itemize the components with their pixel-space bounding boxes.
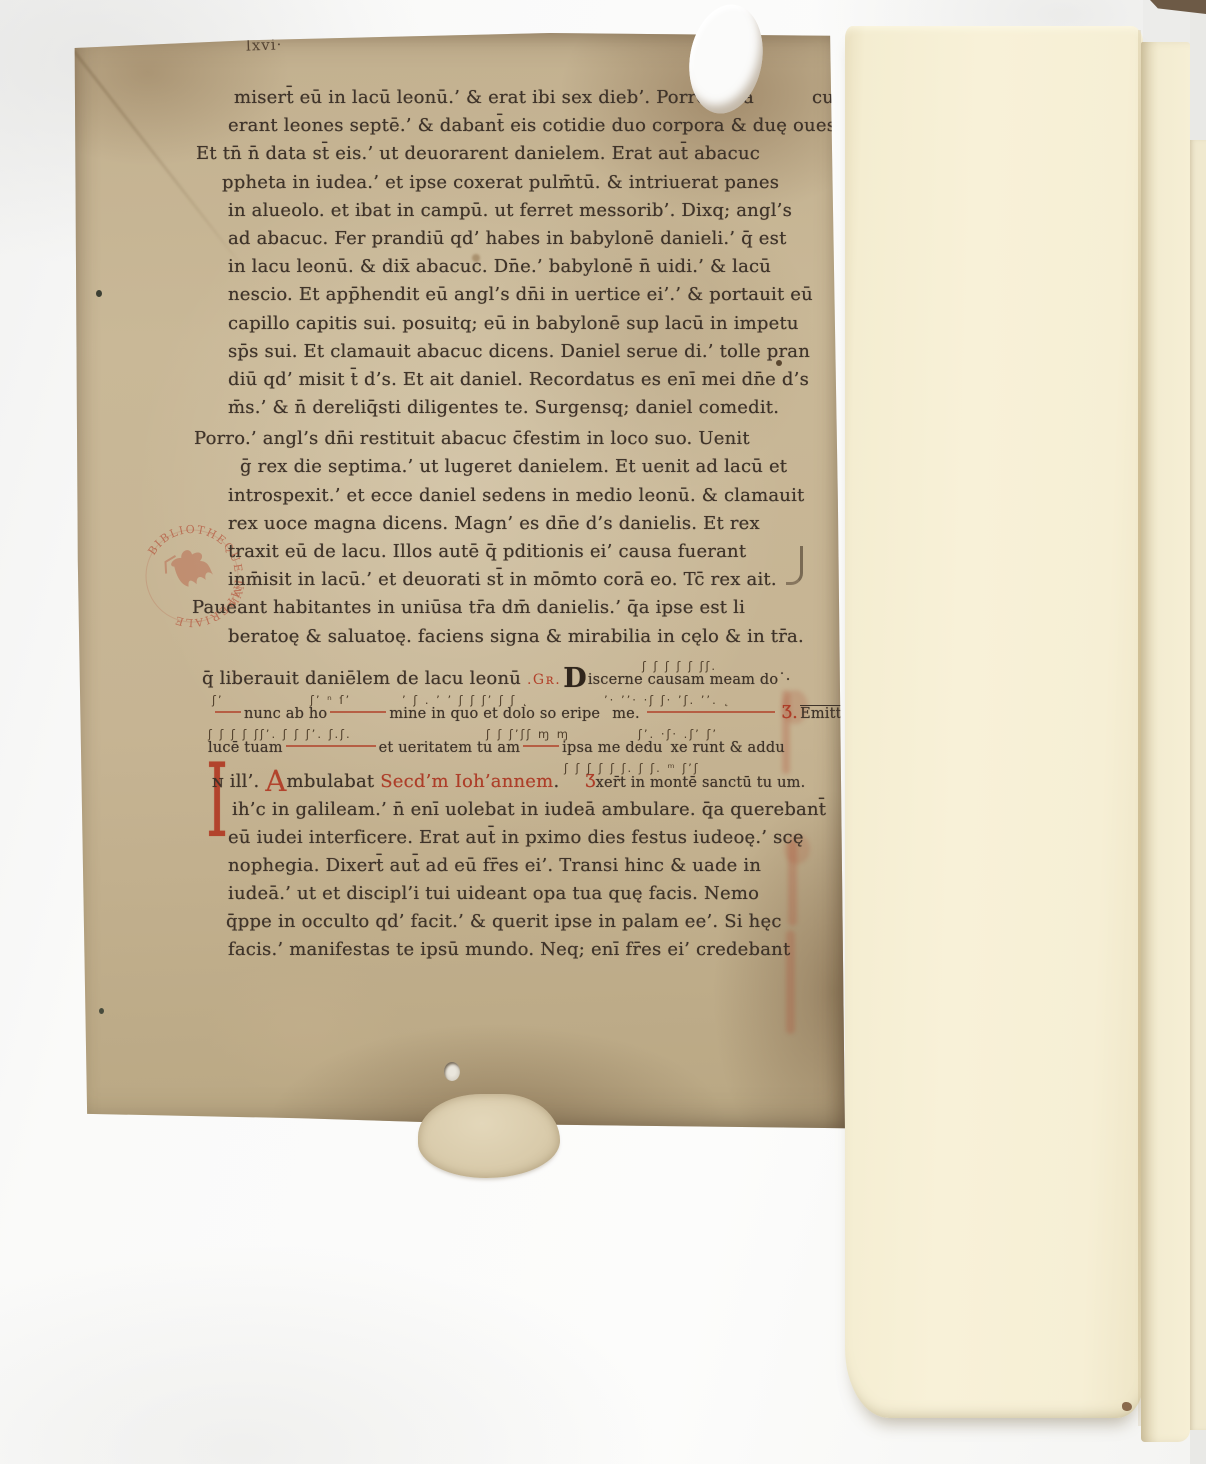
manuscript-line: Et tn̄ n̄ data st̄ eis.’ ut deuorarent d… <box>196 140 842 168</box>
text-segment: in lacu leonū. & dix̄ abacuc. Dn̄e.’ bab… <box>228 256 771 277</box>
text-segment: erant leones septē.’ & dabant̄ eis cotid… <box>228 115 842 136</box>
text-segment: eū iudei interficere. Erat aut̄ in pximo… <box>228 827 804 848</box>
manuscript-line: traxit eū de lacu. Illos autē q̄ pdition… <box>228 538 842 566</box>
text-segment: rex uoce magna dicens. Magn’ es dn̄e d’s… <box>228 513 760 534</box>
text-segment: in alueolo. et ibat in campū. ut ferret … <box>228 200 792 221</box>
text-segment: facis.’ manifestas te ipsū mundo. Neq; e… <box>228 939 790 960</box>
text-segment: ppheta in iudea.’ et ipse coxerat pulm̄t… <box>222 172 779 193</box>
text-segment: .Gʀ. <box>527 672 561 688</box>
paper-speck <box>1122 1402 1132 1411</box>
text-segment: nophegia. Dixert̄ aut̄ ad eū fr̄es ei’. … <box>228 855 761 876</box>
parchment-repair-patch <box>418 1094 560 1178</box>
manuscript-line: ḡ rex die septima.’ ut lugeret danielem.… <box>240 453 842 481</box>
text-segment: iudeā.’ ut et discipl’i tui uideant opa … <box>228 883 759 904</box>
manuscript-line: in lacu leonū. & dix̄ abacuc. Dn̄e.’ bab… <box>228 253 842 281</box>
manuscript-text-block: misert̄ eū in lacū leonū.’ & erat ibi se… <box>230 84 842 965</box>
manuscript-line: capillo capitis sui. posuitq; eū in baby… <box>228 310 842 338</box>
manuscript-line: sp̄s sui. Et clamauit abacuc dicens. Dan… <box>228 338 842 366</box>
neume-notation: ʃ’ <box>212 686 224 714</box>
neume-notation: ʃ ʃ ʃ ʃ ʃʃ’. ʃ ʃ ʃ’. ʃ.ʃ. <box>208 720 352 748</box>
parchment-small-hole <box>444 1062 460 1081</box>
manuscript-line: beratoę & saluatoę. faciens signa & mira… <box>228 623 842 651</box>
manuscript-line: iudeā.’ ut et discipl’i tui uideant opa … <box>228 880 842 908</box>
manuscript-line: Paueant habitantes in uniūsa tr̄a dm̄ da… <box>192 594 842 622</box>
manuscript-line: m̄s.’ & n̄ dereliq̄sti diligentes te. Su… <box>228 394 842 422</box>
text-segment: m̄s.’ & n̄ dereliq̄sti diligentes te. Su… <box>228 397 779 418</box>
photograph-of-open-book: lxvi· BIBLIOTHEQUE IMPERIALE MAN. I mise… <box>0 0 1206 1464</box>
stamp-eagle-icon <box>165 543 219 594</box>
text-segment: Porro.’ angl’s dn̄i restituit abacuc c̄f… <box>194 428 750 449</box>
page-fold-gutter <box>1138 30 1141 1426</box>
manuscript-line: eū iudei interficere. Erat aut̄ in pximo… <box>228 824 842 852</box>
text-segment: q̄ppe in occulto qd’ facit.’ & querit ip… <box>226 911 782 932</box>
text-segment: D <box>563 663 587 694</box>
text-segment: beratoę & saluatoę. faciens signa & mira… <box>228 626 804 647</box>
fore-edge-paper <box>1190 140 1206 1430</box>
text-segment: ih’c in galileam.’ n̄ enī uolebat in iud… <box>232 799 826 820</box>
text-segment: ḡ rex die septima.’ ut lugeret danielem.… <box>240 456 787 477</box>
text-segment: Et tn̄ n̄ data st̄ eis.’ ut deuorarent d… <box>196 143 760 164</box>
parchment-speck <box>99 1008 104 1014</box>
text-segment: traxit eū de lacu. Illos autē q̄ pdition… <box>228 541 746 562</box>
text-segment: introspexit.’ et ecce daniel sedens in m… <box>228 485 805 506</box>
text-segment: sp̄s sui. Et clamauit abacuc dicens. Dan… <box>228 341 810 362</box>
parchment-speck <box>96 290 102 297</box>
text-segment: mbulabat <box>287 771 381 792</box>
neume-notation: ʃ’ ⁿ ſ’ <box>310 686 351 714</box>
manuscript-line: nophegia. Dixert̄ aut̄ ad eū fr̄es ei’. … <box>228 852 842 880</box>
manuscript-line: ppheta in iudea.’ et ipse coxerat pulm̄t… <box>222 169 842 197</box>
neume-notation: ’ ʃ . ’ ’ ʃ ʃ ʃ’ ʃ ʃ ˛ <box>402 686 530 714</box>
neume-notation: ʃ ʃ ʃ ʃ ʃ ʃʃ. <box>642 652 717 680</box>
text-segment: cu <box>812 87 834 108</box>
neume-notation: ʃ’. ·ʃ· .ʃ’ ʃ’ <box>638 720 718 748</box>
text-segment: diū qd’ misit t̄ d’s. Et ait daniel. Rec… <box>228 369 809 390</box>
manuscript-line: diū qd’ misit t̄ d’s. Et ait daniel. Rec… <box>228 366 842 394</box>
text-segment: ˙· <box>778 672 790 688</box>
manuscript-line: erant leones septē.’ & dabant̄ eis cotid… <box>228 112 842 140</box>
manuscript-line: inm̄isit in lacū.’ et deuorati st̄ in mō… <box>228 566 842 594</box>
neume-notation: ʃ ʃ ʃ’ʃʃ ɱ ɱ <box>486 720 570 748</box>
text-segment: misert̄ eū in lacū leonū.’ & erat ibi se… <box>234 87 754 108</box>
manuscript-line: in alueolo. et ibat in campū. ut ferret … <box>228 197 842 225</box>
text-segment: A <box>265 764 286 798</box>
text-segment: ɴ ill’. <box>212 771 265 792</box>
parchment-leaf: lxvi· BIBLIOTHEQUE IMPERIALE MAN. I mise… <box>70 28 848 1136</box>
manuscript-line: rex uoce magna dicens. Magn’ es dn̄e d’s… <box>228 510 842 538</box>
text-segment: Secd’m Ioh’annem <box>380 771 553 792</box>
text-segment: nescio. Et app̄hendit eū angl’s dn̄i in … <box>228 284 813 305</box>
text-segment: ad abacuc. Fer prandiū qd’ habes in baby… <box>228 228 787 249</box>
manuscript-line: Porro.’ angl’s dn̄i restituit abacuc c̄f… <box>194 425 842 453</box>
manuscript-line: nescio. Et app̄hendit eū angl’s dn̄i in … <box>228 281 842 309</box>
text-segment: inm̄isit in lacū.’ et deuorati st̄ in mō… <box>228 569 777 590</box>
manuscript-line: facis.’ manifestas te ipsū mundo. Neq; e… <box>228 936 842 964</box>
neume-notation: ’· ’’· ·ʃ ʃ· ’ʃ. ’’. ˛ <box>604 686 731 714</box>
text-segment: capillo capitis sui. posuitq; eū in baby… <box>228 313 799 334</box>
text-segment: Paueant habitantes in uniūsa tr̄a dm̄ da… <box>192 597 745 618</box>
neume-notation: ʃ ʃ ʃ ʃ ʃ ʃ. ʃ ʃ. ᵐ ʃ’ʃ <box>564 754 700 782</box>
folio-number: lxvi· <box>246 35 283 54</box>
manuscript-line: q̄ppe in occulto qd’ facit.’ & querit ip… <box>226 908 842 936</box>
guard-page-recto <box>845 26 1143 1418</box>
manuscript-line: ʃ ʃ ʃ ʃ ʃ ʃ. ʃ ʃ. ᵐ ʃ’ʃɴ ill’. Ambulabat… <box>212 767 842 795</box>
manuscript-line: ih’c in galileam.’ n̄ enī uolebat in iud… <box>232 796 842 824</box>
manuscript-line: ad abacuc. Fer prandiū qd’ habes in baby… <box>228 225 842 253</box>
text-segment: Ʒ. <box>782 702 798 723</box>
manuscript-line: ʃ ʃ ʃ ʃ ʃʃ’. ʃ ʃ ʃ’. ʃ.ʃ.ʃ ʃ ʃ’ʃʃ ɱ ɱʃ’.… <box>208 733 842 761</box>
manuscript-line: introspexit.’ et ecce daniel sedens in m… <box>228 482 842 510</box>
text-segment: Emitte <box>800 706 850 722</box>
guard-page-edge-leaf <box>1141 42 1190 1442</box>
